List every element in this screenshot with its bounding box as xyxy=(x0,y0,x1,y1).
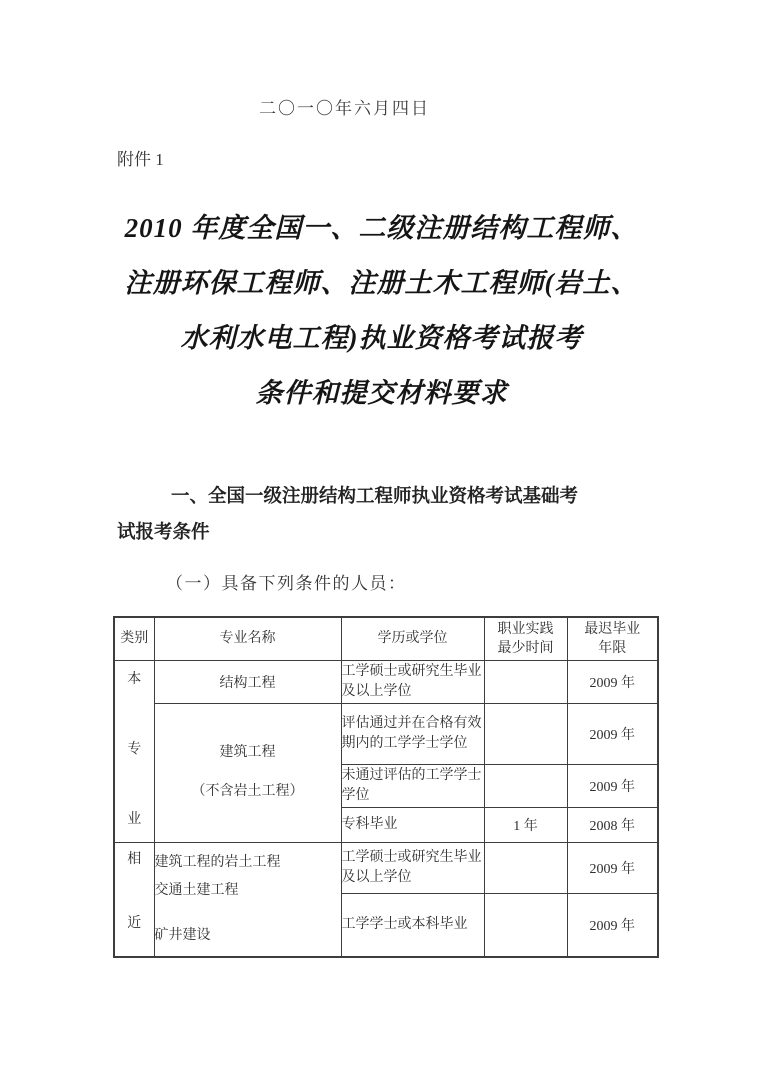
category-cell-xiangjin: 相近 xyxy=(114,842,154,957)
degree-cell: 工学硕士或研究生毕业及以上学位 xyxy=(341,842,484,893)
calligraphy-title: 2010 年度全国一、二级注册结构工程师、 注册环保工程师、注册土木工程师(岩土… xyxy=(0,201,763,421)
category-vertical-text: 相近 xyxy=(115,845,154,954)
header-practice-min-time: 职业实践最少时间 xyxy=(484,617,567,660)
major-cell-xiangjin-list: 建筑工程的岩土工程交通土建工程矿井建设 xyxy=(154,842,341,957)
header-degree: 学历或学位 xyxy=(341,617,484,660)
header-major: 专业名称 xyxy=(154,617,341,660)
table-row: 本专业 结构工程 工学硕士或研究生毕业及以上学位 2009 年 xyxy=(114,660,658,703)
grad-year-cell: 2009 年 xyxy=(567,764,658,807)
list-item-label: （一）具备下列条件的人员： xyxy=(166,573,763,595)
conditions-table: 类别 专业名称 学历或学位 职业实践最少时间 最迟毕业年限 本专业 结构工程 工… xyxy=(113,616,659,958)
practice-cell xyxy=(484,660,567,703)
grad-year-cell: 2009 年 xyxy=(567,703,658,764)
calligraphy-title-line-1: 2010 年度全国一、二级注册结构工程师、 xyxy=(0,201,763,256)
header-category: 类别 xyxy=(114,617,154,660)
degree-cell: 工学学士或本科毕业 xyxy=(341,893,484,957)
degree-cell: 评估通过并在合格有效期内的工学学士学位 xyxy=(341,703,484,764)
calligraphy-title-line-2: 注册环保工程师、注册土木工程师(岩土、 xyxy=(0,256,763,311)
section-heading-line-2: 试报考条件 xyxy=(117,514,663,550)
section-heading-line-1: 一、全国一级注册结构工程师执业资格考试基础考 xyxy=(117,478,663,514)
degree-cell: 工学硕士或研究生毕业及以上学位 xyxy=(341,660,484,703)
grad-year-cell: 2009 年 xyxy=(567,660,658,703)
category-vertical-text: 本专业 xyxy=(115,663,154,839)
practice-cell xyxy=(484,893,567,957)
table-row: 相近 建筑工程的岩土工程交通土建工程矿井建设 工学硕士或研究生毕业及以上学位 2… xyxy=(114,842,658,893)
degree-cell: 专科毕业 xyxy=(341,807,484,842)
date-line: 二〇一〇年六月四日 xyxy=(0,0,689,121)
table-row: 建筑工程（不含岩土工程） 评估通过并在合格有效期内的工学学士学位 2009 年 xyxy=(114,703,658,764)
section-heading: 一、全国一级注册结构工程师执业资格考试基础考 试报考条件 xyxy=(117,478,663,550)
major-cell-jianzhu: 建筑工程（不含岩土工程） xyxy=(154,703,341,842)
table-header-row: 类别 专业名称 学历或学位 职业实践最少时间 最迟毕业年限 xyxy=(114,617,658,660)
practice-cell xyxy=(484,764,567,807)
degree-cell: 未通过评估的工学学士学位 xyxy=(341,764,484,807)
attachment-label: 附件 1 xyxy=(117,149,763,171)
category-cell-benzhuanye: 本专业 xyxy=(114,660,154,842)
major-cell-jiegou: 结构工程 xyxy=(154,660,341,703)
document-page: 二〇一〇年六月四日 附件 1 2010 年度全国一、二级注册结构工程师、 注册环… xyxy=(0,0,763,1080)
practice-cell: 1 年 xyxy=(484,807,567,842)
practice-cell xyxy=(484,842,567,893)
grad-year-cell: 2009 年 xyxy=(567,893,658,957)
grad-year-cell: 2008 年 xyxy=(567,807,658,842)
calligraphy-title-line-4: 条件和提交材料要求 xyxy=(0,366,763,421)
calligraphy-title-line-3: 水利水电工程)执业资格考试报考 xyxy=(0,311,763,366)
grad-year-cell: 2009 年 xyxy=(567,842,658,893)
practice-cell xyxy=(484,703,567,764)
header-latest-grad-year: 最迟毕业年限 xyxy=(567,617,658,660)
